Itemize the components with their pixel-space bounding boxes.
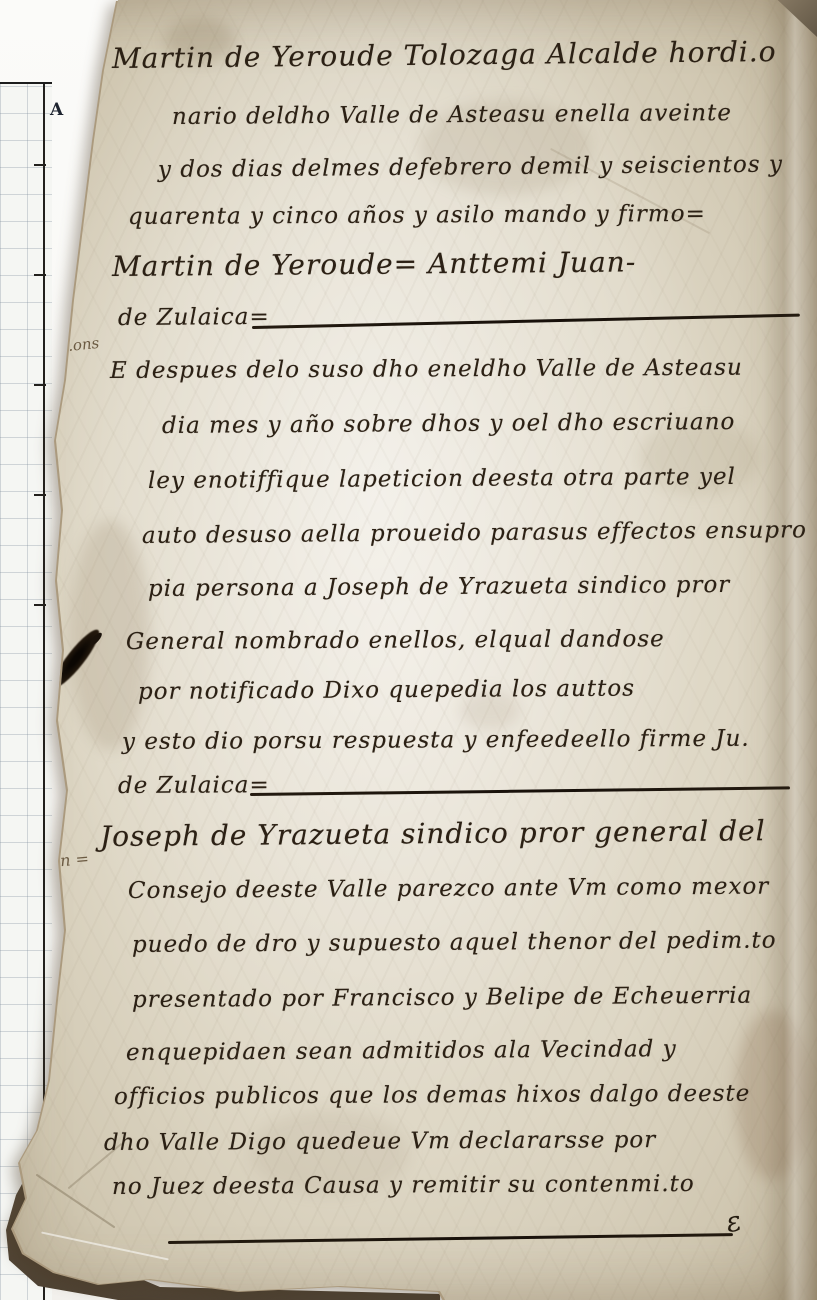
manuscript-line: Consejo deeste Valle parezco ante Vm com… <box>128 874 769 904</box>
margin-note: notifican.ons <box>1 334 100 362</box>
paper-crease <box>41 1232 169 1261</box>
page-fold-shading <box>762 0 817 1300</box>
paper-sheet: Martin de Yeroude Tolozaga Alcalde hordi… <box>0 0 817 1300</box>
manuscript-line: puedo de dro y supuesto aquel thenor del… <box>132 928 777 958</box>
paper-shadow: Martin de Yeroude Tolozaga Alcalde hordi… <box>0 0 817 1300</box>
manuscript-scan: A Martin de Yeroude Tolozaga Alcalde hor… <box>0 0 817 1300</box>
manuscript-line: dia mes y año sobre dhos y oel dho escri… <box>162 409 736 439</box>
manuscript-line: E despues delo suso dho eneldho Valle de… <box>110 355 743 384</box>
manuscript-line: y esto dio porsu respuesta y enfeedeello… <box>122 726 750 755</box>
manuscript-line: General nombrado enellos, elqual dandose <box>126 626 665 655</box>
margin-note-flourish: -ʃ- <box>15 375 32 396</box>
manuscript-line: de Zulaica= <box>118 772 270 799</box>
manuscript-line: por notificado Dixo quepedia los auttos <box>138 676 635 705</box>
manuscript-line: nario deldho Valle de Asteasu enella ave… <box>172 100 732 130</box>
manuscript-line: de Zulaica= <box>118 304 270 331</box>
manuscript-line: Joseph de Yrazueta sindico pror general … <box>100 814 766 853</box>
manuscript-line: auto desuso aella proueido parasus effec… <box>142 517 807 549</box>
manuscript-line: Martin de Yeroude= Anttemi Juan- <box>112 245 636 283</box>
manuscript-line: pia persona a Joseph de Yrazueta sindico… <box>148 572 730 602</box>
ink-rule <box>168 1233 733 1244</box>
manuscript-line: dho Valle Digo quedeue Vm declararsse po… <box>104 1127 656 1156</box>
manuscript-line: officios publicos que los demas hixos da… <box>114 1081 751 1110</box>
manuscript-line: y dos dias delmes defebrero demil y seis… <box>158 152 783 183</box>
manuscript-line: quarenta y cinco años y asilo mando y fi… <box>128 201 706 230</box>
ink-rule <box>252 314 800 329</box>
manuscript-line: Martin de Yeroude Tolozaga Alcalde hordi… <box>112 35 777 75</box>
manuscript-line: enquepidaen sean admitidos ala Vecindad … <box>126 1036 677 1066</box>
manuscript-line: no Juez deesta Causa y remitir su conten… <box>112 1171 695 1200</box>
margin-note: petiz.on = <box>5 849 90 875</box>
ink-rule <box>250 786 790 796</box>
manuscript-line: presentado por Francisco y Belipe de Ech… <box>132 983 752 1013</box>
manuscript-line: ley enotiffique lapeticion deesta otra p… <box>148 464 736 494</box>
